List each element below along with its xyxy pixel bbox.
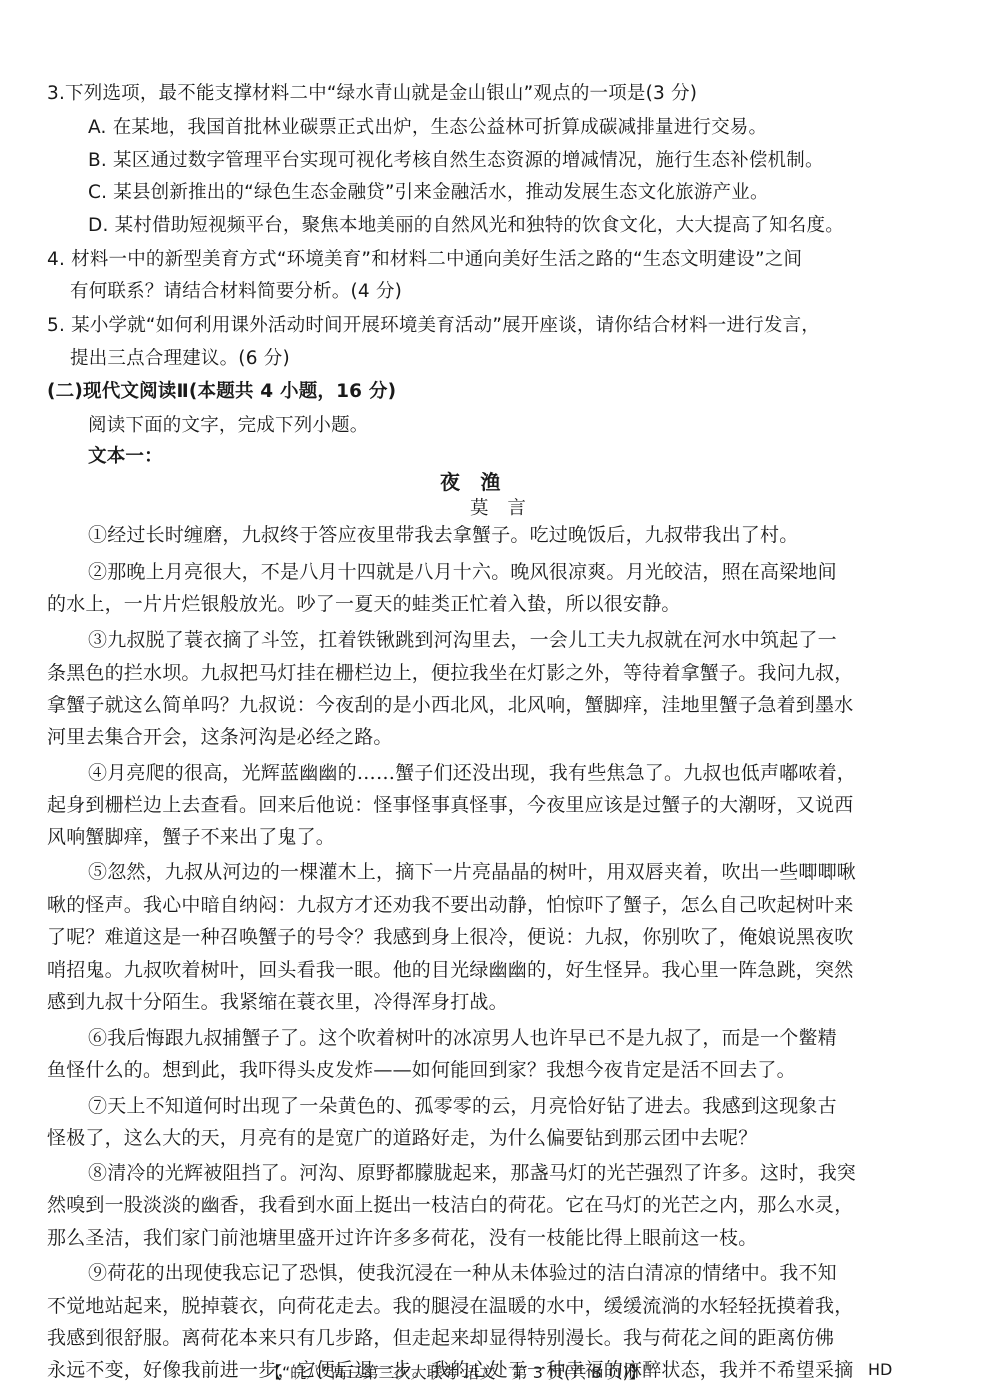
article-title: 夜 渔 <box>440 470 501 494</box>
article-line: ③九叔脱了蓑衣摘了斗笠，扛着铁锹跳到河沟里去，一会儿工夫九叔就在河水中筑起了一 <box>88 628 837 652</box>
article-line: 风响蟹脚痒，蟹子不来出了鬼了。 <box>47 825 335 849</box>
question-3-stem: 3.下列选项，最不能支撑材料二中“绿水青山就是金山银山”观点的一项是(3 分) <box>47 82 697 106</box>
article-line: 条黑色的拦水坝。九叔把马灯挂在栅栏边上，便拉我坐在灯影之外，等待着拿蟹子。我问九… <box>47 661 853 685</box>
question-5-line-2: 提出三点合理建议。(6 分) <box>70 347 290 371</box>
article-line: 怪极了，这么大的天，月亮有的是宽广的道路好走，为什么偏要钻到那云团中去呢？ <box>47 1126 757 1150</box>
article-line: ①经过长时缠磨，九叔终于答应夜里带我去拿蟹子。吃过晚饭后，九叔带我出了村。 <box>88 523 798 547</box>
exam-page: 3.下列选项，最不能支撑材料二中“绿水青山就是金山银山”观点的一项是(3 分) … <box>0 0 984 1390</box>
article-line: 然嗅到一股淡淡的幽香，我看到水面上挺出一枝洁白的荷花。它在马灯的光芒之内，那么水… <box>47 1193 853 1217</box>
article-line: 哨招鬼。九叔吹着树叶，回头看我一眼。他的目光绿幽幽的，好生怪异。我心里一阵急跳，… <box>47 958 853 982</box>
article-line: 啾的怪声。我心中暗自纳闷：九叔方才还劝我不要出动静，怕惊吓了蟹子，怎么自己吹起树… <box>47 893 853 917</box>
article-author: 莫 言 <box>470 497 526 521</box>
article-line: 我感到很舒服。离荷花本来只有几步路，但走起来却显得特别漫长。我与荷花之间的距离仿… <box>47 1326 834 1350</box>
article-line: 不觉地站起来，脱掉蓑衣，向荷花走去。我的腿浸在温暖的水中，缓缓流淌的水轻轻抚摸着… <box>47 1294 853 1318</box>
question-4-line-1: 4. 材料一中的新型美育方式“环境美育”和材料二中通向美好生活之路的“生态文明建… <box>47 248 802 272</box>
text-one-label: 文本一： <box>88 445 163 469</box>
article-line: 那么圣洁，我们家门前池塘里盛开过许许多多荷花，没有一枝能比得上眼前这一枝。 <box>47 1226 757 1250</box>
section-instruction: 阅读下面的文字，完成下列小题。 <box>88 414 369 438</box>
question-3-option-a: A. 在某地，我国首批林业碳票正式出炉，生态公益林可折算成碳减排量进行交易。 <box>88 116 767 140</box>
question-5-line-1: 5. 某小学就“如何利用课外活动时间开展环境美育活动”展开座谈，请你结合材料一进… <box>47 314 820 338</box>
article-line: 的水上，一片片烂银般放光。吵了一夏天的蛙类正忙着入蛰，所以很安静。 <box>47 592 681 616</box>
question-4-line-2: 有何联系？请结合材料简要分析。(4 分) <box>70 280 402 304</box>
article-line: ⑧清冷的光辉被阻挡了。河沟、原野都朦胧起来，那盏马灯的光芒强烈了许多。这时，我突 <box>88 1161 856 1185</box>
article-line: 鱼怪什么的。想到此，我吓得头皮发炸——如何能回到家？我想今夜肯定是活不回去了。 <box>47 1058 796 1082</box>
article-line: 了呢？难道这是一种召唤蟹子的号令？我感到身上很冷，便说：九叔，你别吹了，俺娘说黑… <box>47 925 853 949</box>
article-line: ②那晚上月亮很大，不是八月十四就是八月十六。晚风很凉爽。月光皎洁，照在高梁地间 <box>88 560 837 584</box>
article-line: 拿蟹子就这么简单吗？九叔说：今夜刮的是小西北风，北风响，蟹脚痒，洼地里蟹子急着到… <box>47 693 853 717</box>
question-3-option-b: B. 某区通过数字管理平台实现可视化考核自然生态资源的增减情况，施行生态补偿机制… <box>88 149 824 173</box>
article-line: 感到九叔十分陌生。我紧缩在蓑衣里，冷得浑身打战。 <box>47 990 508 1014</box>
footer-exam-info: 【“皖八”高三第三次大联考·语文 第 3 页(共 8 页)】 <box>266 1360 645 1383</box>
article-line: ⑨荷花的出现使我忘记了恐惧，使我沉浸在一种从未体验过的洁白清凉的情绪中。我不知 <box>88 1261 837 1285</box>
article-line: 起身到栅栏边上去查看。回来后他说：怪事怪事真怪事，今夜里应该是过蟹子的大潮呀，又… <box>47 793 853 817</box>
question-3-option-c: C. 某县创新推出的“绿色生态金融贷”引来金融活水，推动发展生态文化旅游产业。 <box>88 181 769 205</box>
question-3-option-d: D. 某村借助短视频平台，聚焦本地美丽的自然风光和独特的饮食文化，大大提高了知名… <box>88 214 844 238</box>
article-line: ⑤忽然，九叔从河边的一棵灌木上，摘下一片亮晶晶的树叶，用双唇夹着，吹出一些唧唧啾 <box>88 860 856 884</box>
footer-code: HD <box>868 1360 892 1379</box>
article-line: ④月亮爬的很高，光辉蓝幽幽的……蟹子们还没出现，我有些焦急了。九叔也低声嘟哝着， <box>88 761 856 785</box>
section-heading: (二)现代文阅读Ⅱ(本题共 4 小题，16 分) <box>47 380 396 404</box>
article-line: ⑦天上不知道何时出现了一朵黄色的、孤零零的云，月亮恰好钻了进去。我感到这现象古 <box>88 1094 837 1118</box>
article-line: 河里去集合开会，这条河沟是必经之路。 <box>47 725 393 749</box>
article-line: ⑥我后悔跟九叔捕蟹子了。这个吹着树叶的冰凉男人也许早已不是九叔了，而是一个鳖精 <box>88 1026 837 1050</box>
